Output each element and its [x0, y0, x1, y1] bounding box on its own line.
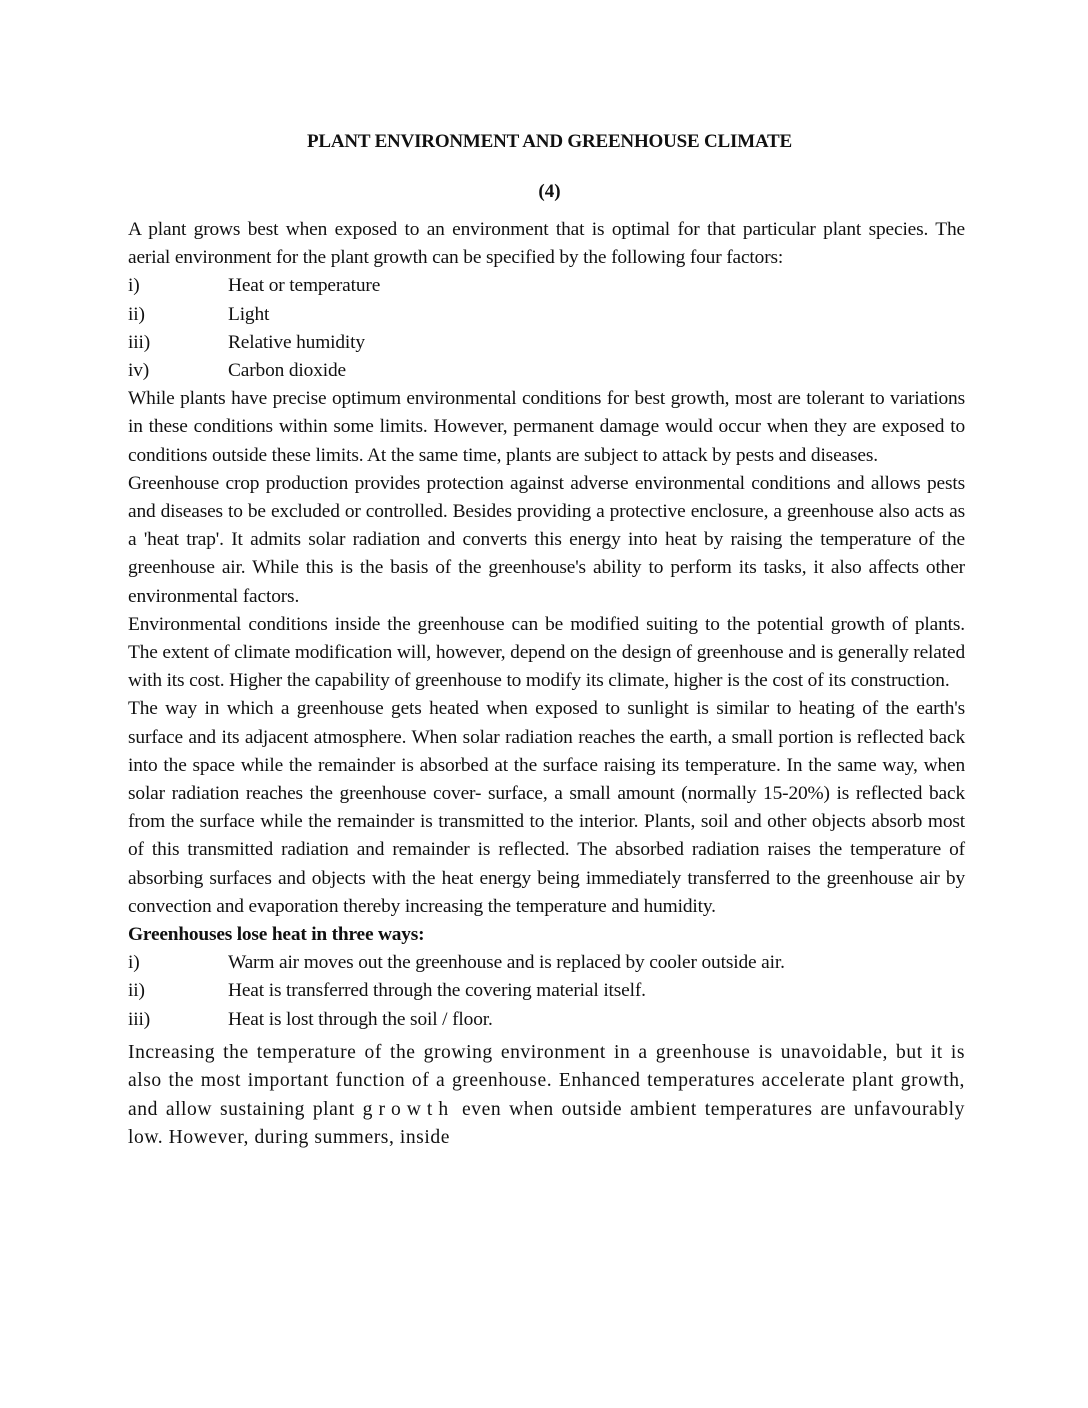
- list-item-number: iii): [128, 1006, 228, 1034]
- list-item-text: Warm air moves out the greenhouse and is…: [228, 949, 785, 977]
- list-item-text: Carbon dioxide: [228, 357, 346, 385]
- chapter-number: (4): [128, 178, 965, 206]
- list-item-number: i): [128, 272, 228, 300]
- list-item: ii) Light: [128, 301, 965, 329]
- list-item-text: Light: [228, 301, 269, 329]
- list-item-text: Heat is transferred through the covering…: [228, 977, 646, 1005]
- list-item-number: iv): [128, 357, 228, 385]
- list-item: iv) Carbon dioxide: [128, 357, 965, 385]
- paragraph-modification: Environmental conditions inside the gree…: [128, 611, 965, 696]
- list-item-number: i): [128, 949, 228, 977]
- document-title: PLANT ENVIRONMENT AND GREENHOUSE CLIMATE: [128, 128, 965, 156]
- heat-loss-heading: Greenhouses lose heat in three ways:: [128, 921, 965, 949]
- factors-list: i) Heat or temperature ii) Light iii) Re…: [128, 272, 965, 385]
- list-item-text: Heat or temperature: [228, 272, 380, 300]
- paragraph-tolerance: While plants have precise optimum enviro…: [128, 385, 965, 470]
- list-item: i) Warm air moves out the greenhouse and…: [128, 949, 965, 977]
- list-item: iii) Heat is lost through the soil / flo…: [128, 1006, 965, 1034]
- paragraph-protection: Greenhouse crop production provides prot…: [128, 470, 965, 611]
- paragraph-heating: The way in which a greenhouse gets heate…: [128, 695, 965, 921]
- list-item: iii) Relative humidity: [128, 329, 965, 357]
- document-page: PLANT ENVIRONMENT AND GREENHOUSE CLIMATE…: [128, 128, 965, 1153]
- spaced-word: growth: [363, 1099, 455, 1120]
- list-item-text: Heat is lost through the soil / floor.: [228, 1006, 493, 1034]
- list-item: i) Heat or temperature: [128, 272, 965, 300]
- paragraph-temperature: Increasing the temperature of the growin…: [128, 1039, 965, 1153]
- list-item-number: iii): [128, 329, 228, 357]
- heat-loss-list: i) Warm air moves out the greenhouse and…: [128, 949, 965, 1034]
- list-item: ii) Heat is transferred through the cove…: [128, 977, 965, 1005]
- list-item-text: Relative humidity: [228, 329, 365, 357]
- list-item-number: ii): [128, 977, 228, 1005]
- intro-paragraph: A plant grows best when exposed to an en…: [128, 216, 965, 272]
- list-item-number: ii): [128, 301, 228, 329]
